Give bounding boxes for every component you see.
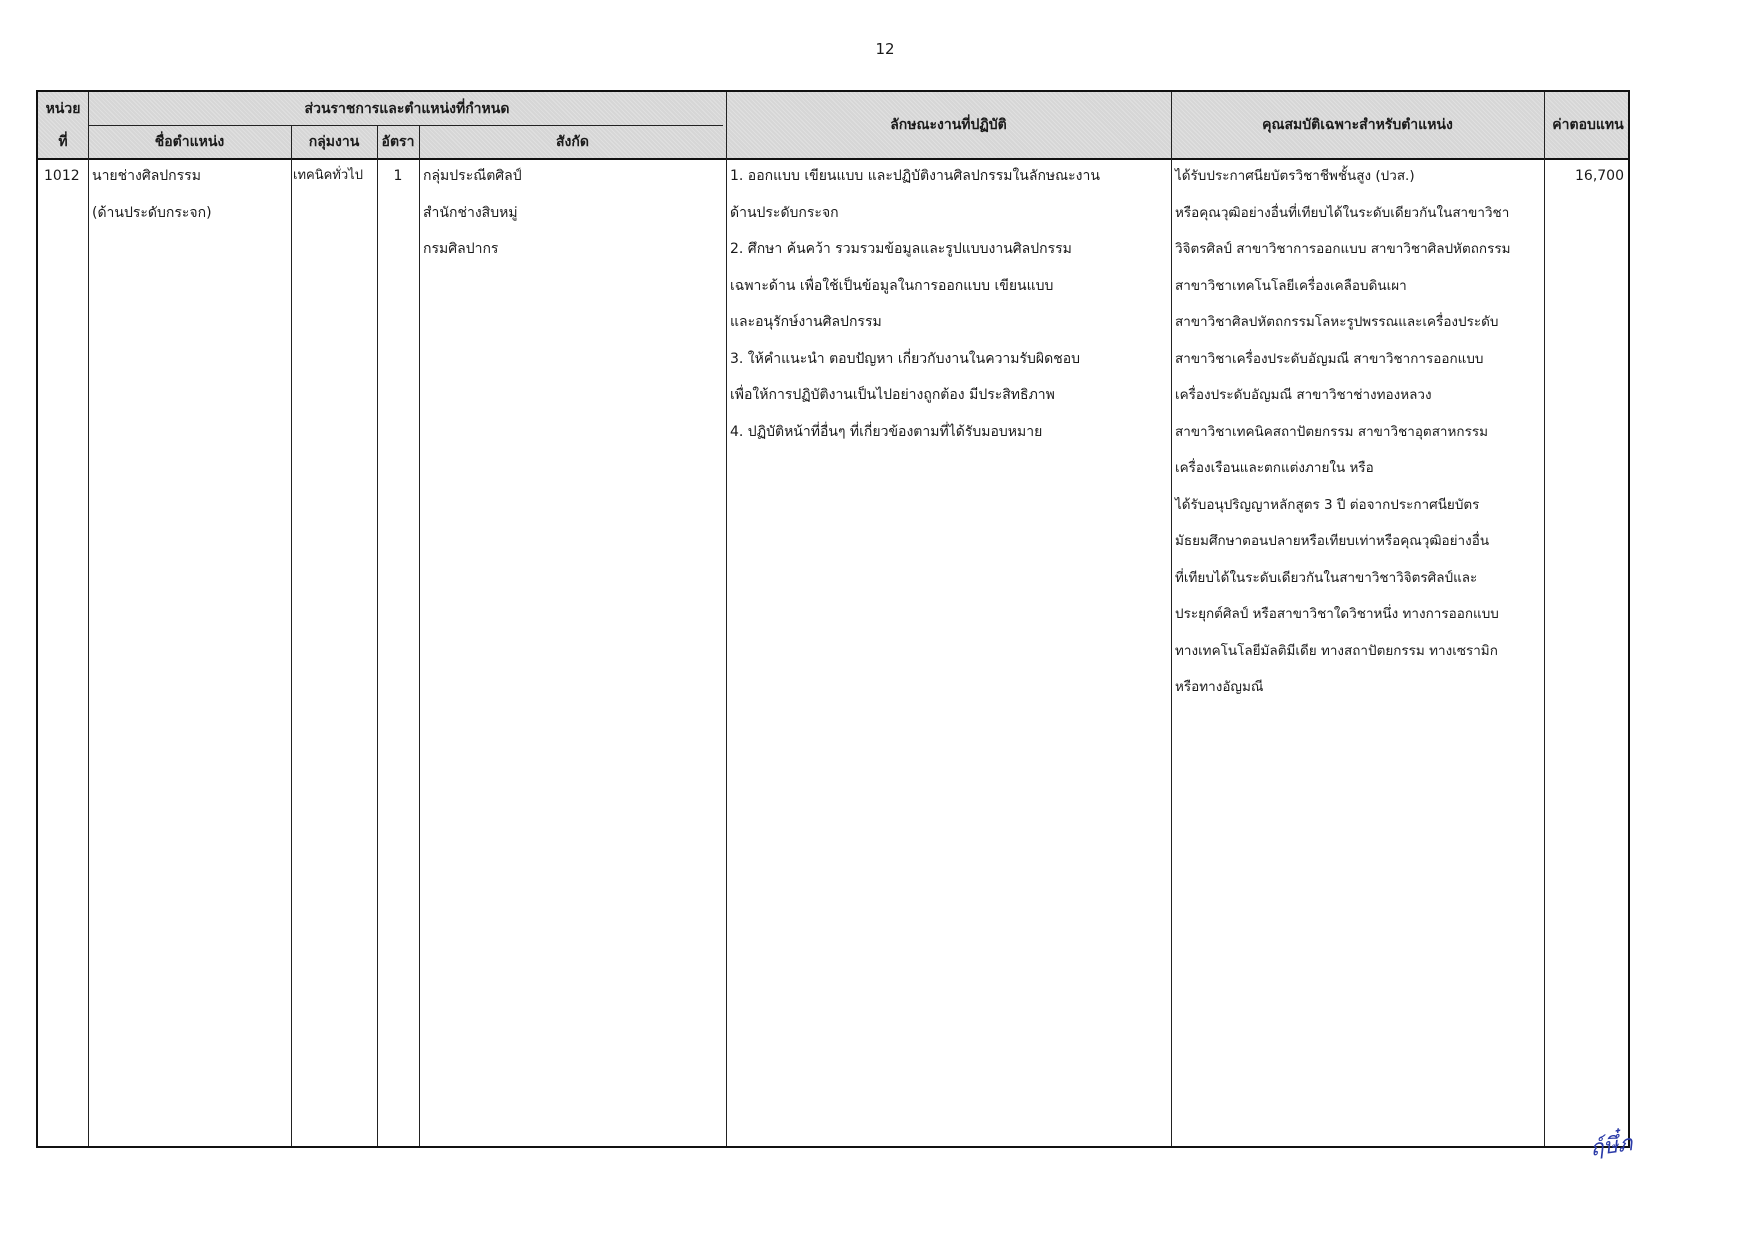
column-divider xyxy=(291,126,292,1146)
qualification-line: ที่เทียบได้ในระดับเดียวกันในสาขาวิชาวิจิ… xyxy=(1175,560,1510,597)
header-unit-no-line2: ที่ xyxy=(38,125,88,158)
header-qualifications: คุณสมบัติเฉพาะสำหรับตำแหน่ง xyxy=(1171,92,1544,158)
page-number: 12 xyxy=(860,40,910,58)
affiliation-line: กรมศิลปากร xyxy=(423,231,522,268)
column-divider xyxy=(1544,92,1545,1146)
affiliation-line: กลุ่มประณีตศิลป์ xyxy=(423,158,522,195)
duties: 1. ออกแบบ เขียนแบบ และปฏิบัติงานศิลปกรรม… xyxy=(730,158,1100,450)
unit-no: 1012 xyxy=(44,158,80,195)
column-divider xyxy=(88,92,89,1146)
qualification-line: สาขาวิชาเทคโนโลยีเครื่องเคลือบดินเผา xyxy=(1175,268,1510,305)
qualification-line: วิจิตรศิลป์ สาขาวิชาการออกแบบ สาขาวิชาศิ… xyxy=(1175,231,1510,268)
job-group: เทคนิคทั่วไป xyxy=(293,158,363,195)
qualification-line: เครื่องเรือนและตกแต่งภายใน หรือ xyxy=(1175,450,1510,487)
duty-line: 2. ศึกษา ค้นคว้า รวมรวมข้อมูลและรูปแบบงา… xyxy=(730,231,1100,268)
position-name-line: (ด้านประดับกระจก) xyxy=(92,195,212,232)
compensation: 16,700 xyxy=(1544,158,1624,195)
affiliation: กลุ่มประณีตศิลป์ สำนักช่างสิบหมู่ กรมศิล… xyxy=(423,158,522,268)
position-name-line: นายช่างศิลปกรรม xyxy=(92,158,212,195)
header-job-group: กลุ่มงาน xyxy=(291,125,377,158)
header-unit-no-line1: หน่วย xyxy=(38,92,88,125)
qualification-line: ทางเทคโนโลยีมัลติมีเดีย ทางสถาปัตยกรรม ท… xyxy=(1175,633,1510,670)
handwritten-signature: ฤ์ษึ๋ภ xyxy=(1588,1125,1635,1166)
qualifications: ได้รับประกาศนียบัตรวิชาชีพชั้นสูง (ปวส.)… xyxy=(1175,158,1510,706)
duty-line: 4. ปฏิบัติหน้าที่อื่นๆ ที่เกี่ยวข้องตามท… xyxy=(730,414,1100,451)
header-rate: อัตรา xyxy=(377,125,419,158)
column-divider xyxy=(1171,92,1172,1146)
qualification-line: หรือทางอัญมณี xyxy=(1175,669,1510,706)
duty-line: 1. ออกแบบ เขียนแบบ และปฏิบัติงานศิลปกรรม… xyxy=(730,158,1100,195)
qualification-line: สาขาวิชาเครื่องประดับอัญมณี สาขาวิชาการอ… xyxy=(1175,341,1510,378)
header-duties: ลักษณะงานที่ปฏิบัติ xyxy=(726,92,1171,158)
duty-line: ด้านประดับกระจก xyxy=(730,195,1100,232)
qualification-line: มัธยมศึกษาตอนปลายหรือเทียบเท่าหรือคุณวุฒ… xyxy=(1175,523,1510,560)
affiliation-line: สำนักช่างสิบหมู่ xyxy=(423,195,522,232)
header-position-name: ชื่อตำแหน่ง xyxy=(88,125,291,158)
qualification-line: เครื่องประดับอัญมณี สาขาวิชาช่างทองหลวง xyxy=(1175,377,1510,414)
duty-line: 3. ให้คำแนะนำ ตอบปัญหา เกี่ยวกับงานในควา… xyxy=(730,341,1100,378)
qualification-line: ได้รับอนุปริญญาหลักสูตร 3 ปี ต่อจากประกา… xyxy=(1175,487,1510,524)
duty-line: เฉพาะด้าน เพื่อใช้เป็นข้อมูลในการออกแบบ … xyxy=(730,268,1100,305)
duty-line: และอนุรักษ์งานศิลปกรรม xyxy=(730,304,1100,341)
qualification-line: หรือคุณวุฒิอย่างอื่นที่เทียบได้ในระดับเด… xyxy=(1175,195,1510,232)
qualification-line: ประยุกต์ศิลป์ หรือสาขาวิชาใดวิชาหนึ่ง ทา… xyxy=(1175,596,1510,633)
header-agency-group: ส่วนราชการและตำแหน่งที่กำหนด xyxy=(88,92,726,125)
position-name: นายช่างศิลปกรรม (ด้านประดับกระจก) xyxy=(92,158,212,231)
duty-line: เพื่อให้การปฏิบัติงานเป็นไปอย่างถูกต้อง … xyxy=(730,377,1100,414)
positions-table: หน่วย ที่ ส่วนราชการและตำแหน่งที่กำหนด ช… xyxy=(36,90,1630,1148)
column-divider xyxy=(377,126,378,1146)
rate: 1 xyxy=(377,158,419,195)
header-compensation: ค่าตอบแทน xyxy=(1544,92,1632,158)
column-divider xyxy=(726,92,727,1146)
header-affiliation: สังกัด xyxy=(419,125,726,158)
column-divider xyxy=(419,126,420,1146)
qualification-line: สาขาวิชาเทคนิคสถาปัตยกรรม สาขาวิชาอุตสาห… xyxy=(1175,414,1510,451)
qualification-line: สาขาวิชาศิลปหัตถกรรมโลหะรูปพรรณและเครื่อ… xyxy=(1175,304,1510,341)
qualification-line: ได้รับประกาศนียบัตรวิชาชีพชั้นสูง (ปวส.) xyxy=(1175,158,1510,195)
